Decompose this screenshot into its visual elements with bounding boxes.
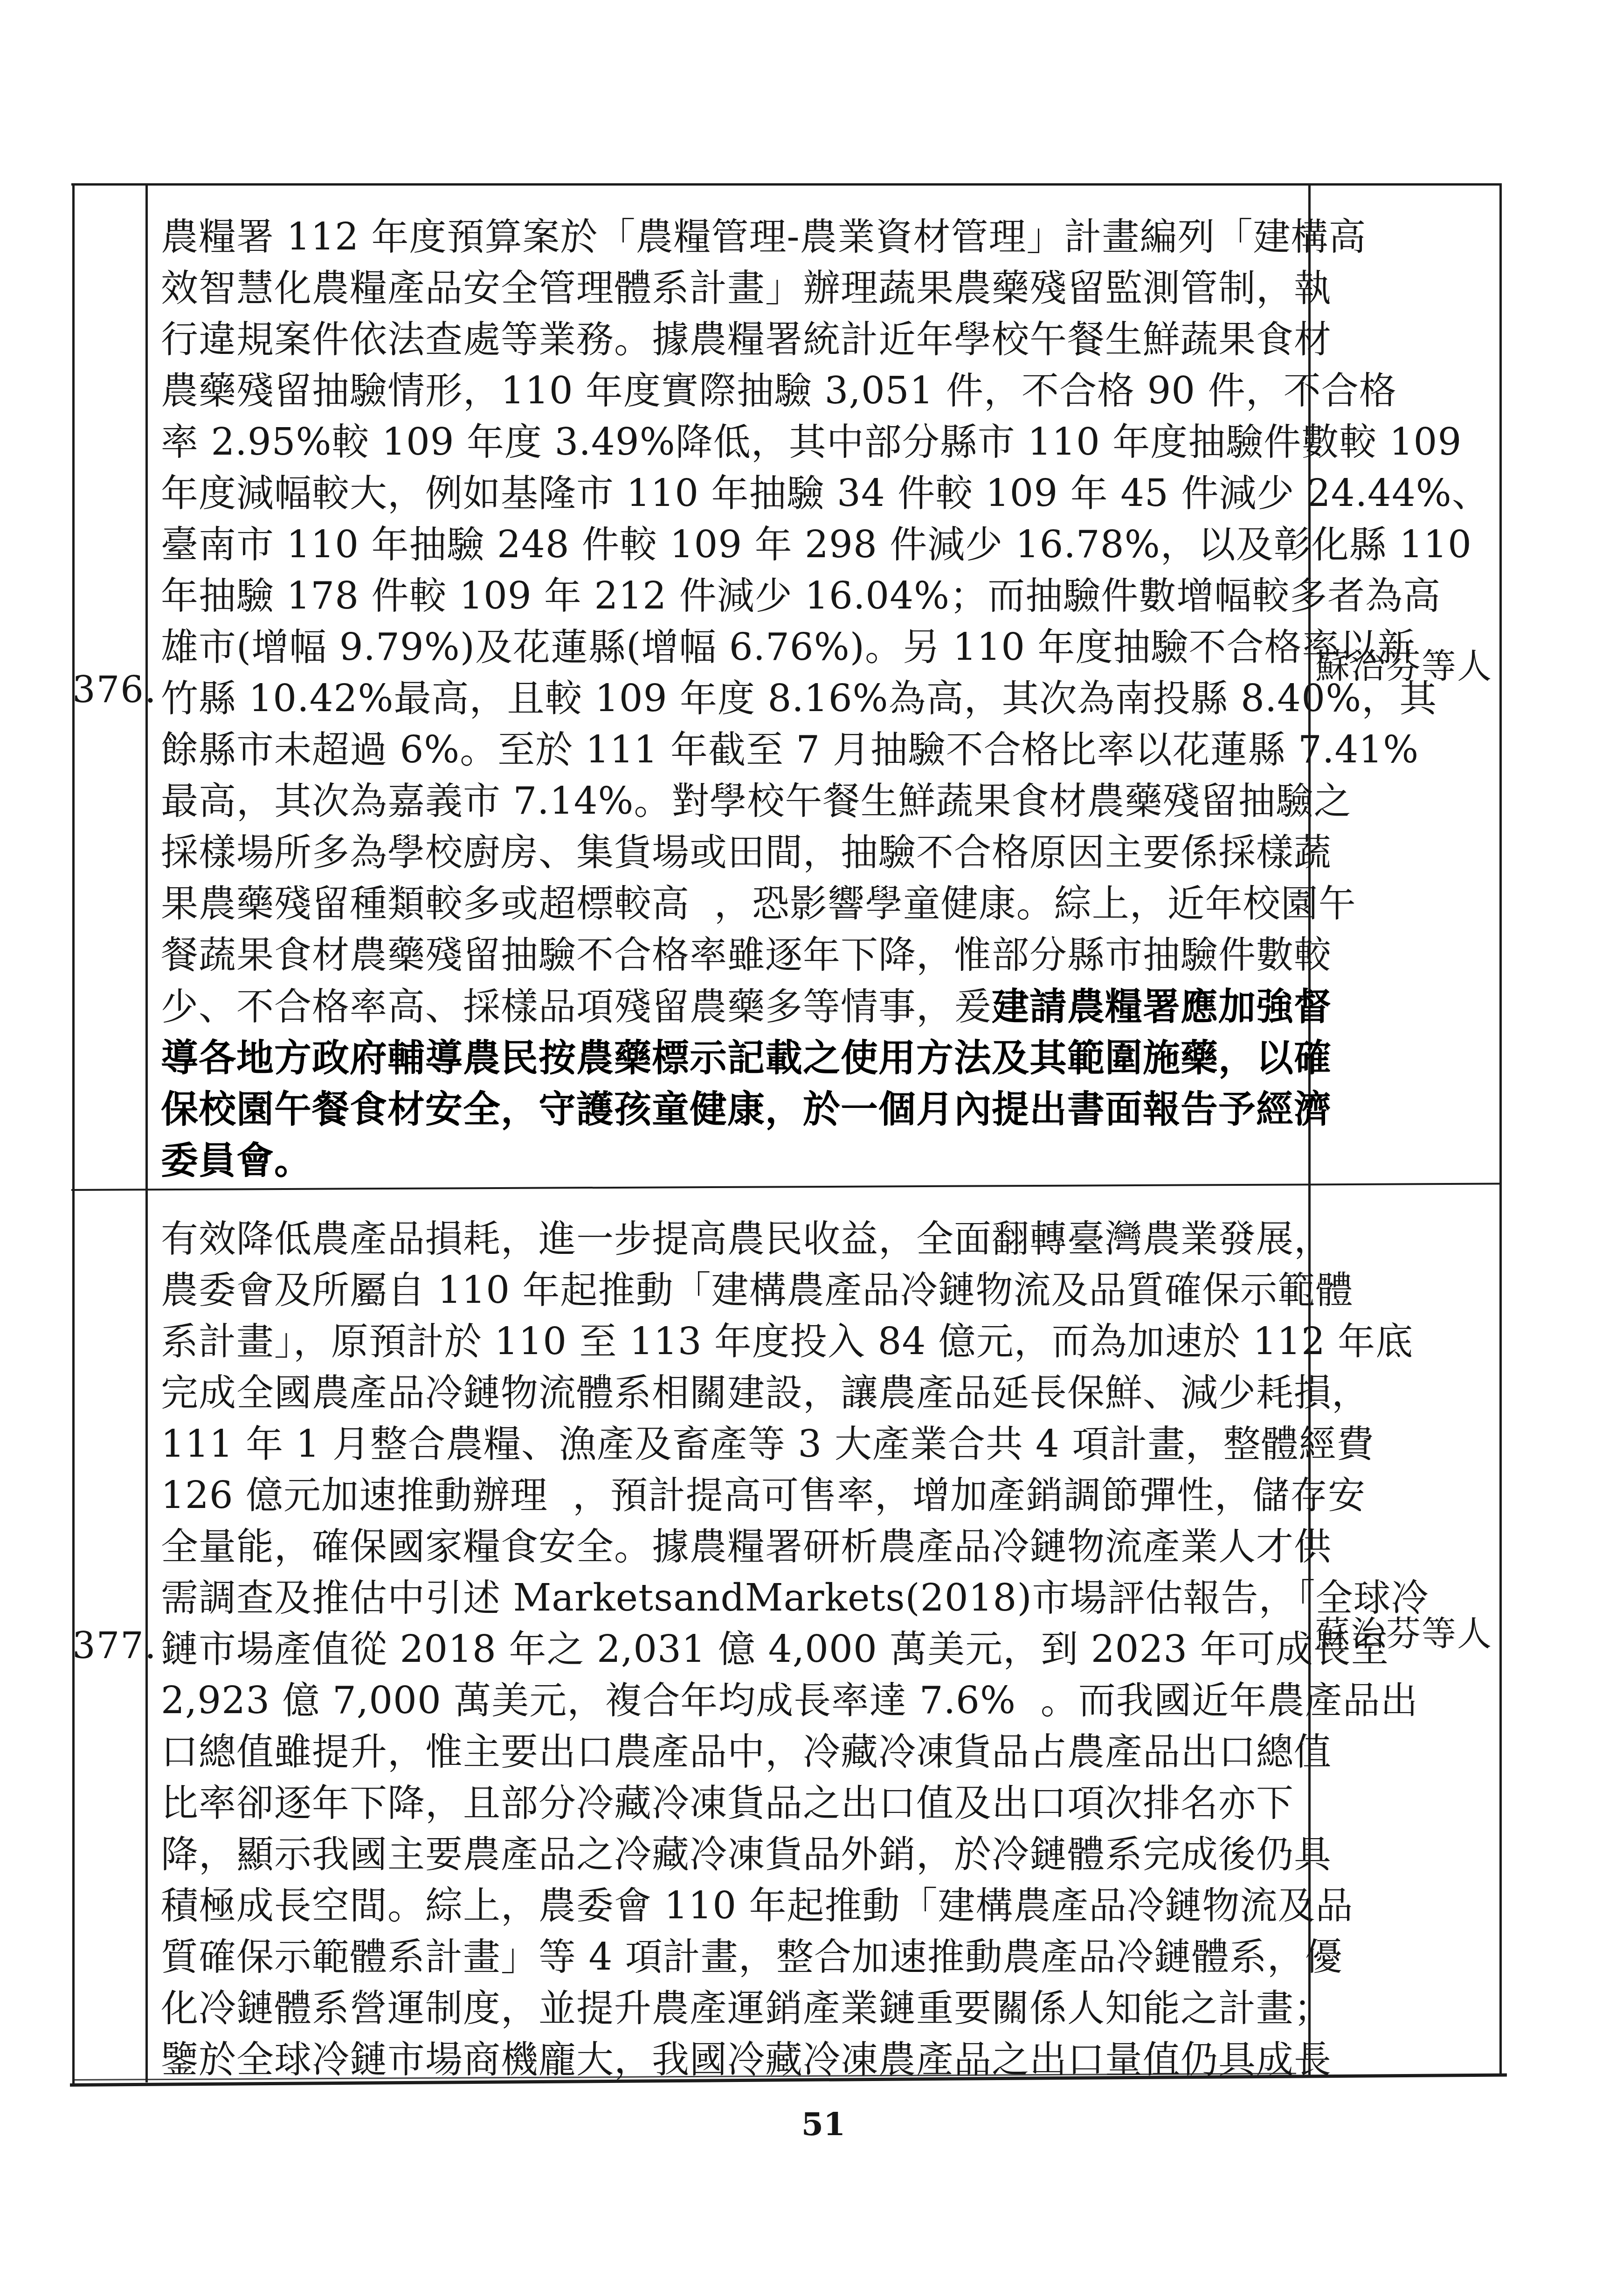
text-line: 化冷鏈體系營運制度，並提升農產運銷產業鏈重要關係人知能之計畫； xyxy=(161,1983,1312,2034)
text-segment: 農委會及所屬自 110 年起推動「建構農產品冷鏈物流及品質確保示範體 xyxy=(161,1268,1354,1312)
text-segment: 積極成長空間。綜上，農委會 110 年起推動「建構農產品冷鏈物流及品 xyxy=(161,1884,1354,1927)
text-segment: 餘縣市未超過 6%。至於 111 年截至 7 月抽驗不合格比率以花蓮縣 7.41… xyxy=(161,728,1419,771)
text-segment: 比率卻逐年下降，且部分冷藏冷凍貨品之出口值及出口項次排名亦下 xyxy=(161,1781,1294,1825)
table-border-right xyxy=(1499,183,1502,2075)
row-content: 農糧署 112 年度預算案於「農糧管理-農業資材管理」計畫編列「建構高效智慧化農… xyxy=(161,211,1312,1186)
text-segment: 年抽驗 178 件較 109 年 212 件減少 16.04%；而抽驗件數增幅較… xyxy=(161,574,1441,617)
row-number: 376. xyxy=(72,664,140,716)
text-line: 導各地方政府輔導農民按農藥標示記載之使用方法及其範圍施藥，以確 xyxy=(161,1032,1312,1083)
text-line: 率 2.95%較 109 年度 3.49%降低，其中部分縣市 110 年度抽驗件… xyxy=(161,416,1312,468)
text-segment: 農糧署 112 年度預算案於「農糧管理-農業資材管理」計畫編列「建構高 xyxy=(161,215,1367,258)
text-segment: 完成全國農產品冷鏈物流體系相關建設，讓農產品延長保鮮、減少耗損， xyxy=(161,1371,1369,1414)
row-number: 377. xyxy=(72,1620,140,1672)
text-segment: 2,923 億 7,000 萬美元，複合年均成長率達 7.6% 。而我國近年農產… xyxy=(161,1679,1418,1722)
text-segment: 果農藥殘留種類較多或超標較高 ，恐影響學童健康。綜上，近年校園午 xyxy=(161,882,1356,925)
column-divider-number xyxy=(145,183,148,2082)
page-number: 51 xyxy=(765,2106,882,2143)
text-segment: 鏈市場產值從 2018 年之 2,031 億 4,000 萬美元，到 2023 … xyxy=(161,1627,1389,1671)
text-line: 需調查及推估中引述 MarketsandMarkets(2018)市場評估報告，… xyxy=(161,1572,1312,1624)
text-segment: 導各地方政府輔導農民按農藥標示記載之使用方法及其範圍施藥，以確 xyxy=(161,1036,1332,1079)
text-line: 臺南市 110 年抽驗 248 件較 109 年 298 件減少 16.78%，… xyxy=(161,519,1312,570)
row-proposer: 蘇治芬等人 xyxy=(1310,1608,1498,1660)
text-line: 竹縣 10.42%最高，且較 109 年度 8.16%為高，其次為南投縣 8.4… xyxy=(161,673,1312,724)
text-segment: 有效降低農產品損耗，進一步提高農民收益，全面翻轉臺灣農業發展， xyxy=(161,1217,1332,1260)
text-segment: 126 億元加速推動辦理 ，預計提高可售率，增加產銷調節彈性，儲存安 xyxy=(161,1473,1366,1517)
text-line: 行違規案件依法查處等業務。據農糧署統計近年學校午餐生鮮蔬果食材 xyxy=(161,314,1312,365)
text-line: 果農藥殘留種類較多或超標較高 ，恐影響學童健康。綜上，近年校園午 xyxy=(161,878,1312,929)
text-segment: 少、不合格率高、採樣品項殘留農藥多等情事，爰 xyxy=(161,985,992,1028)
text-line: 年抽驗 178 件較 109 年 212 件減少 16.04%；而抽驗件數增幅較… xyxy=(161,570,1312,622)
row-content: 有效降低農產品損耗，進一步提高農民收益，全面翻轉臺灣農業發展，農委會及所屬自 1… xyxy=(161,1213,1312,2085)
text-line: 系計畫」，原預計於 110 至 113 年度投入 84 億元，而為加速於 112… xyxy=(161,1316,1312,1367)
scanned-page: { "page": { "number": "51" }, "table": {… xyxy=(0,0,1623,2296)
text-segment: 臺南市 110 年抽驗 248 件較 109 年 298 件減少 16.78%，… xyxy=(161,523,1472,566)
text-line: 有效降低農產品損耗，進一步提高農民收益，全面翻轉臺灣農業發展， xyxy=(161,1213,1312,1265)
text-line: 採樣場所多為學校廚房、集貨場或田間，抽驗不合格原因主要係採樣蔬 xyxy=(161,827,1312,878)
text-line: 最高，其次為嘉義市 7.14%。對學校午餐生鮮蔬果食材農藥殘留抽驗之 xyxy=(161,775,1312,827)
text-line: 少、不合格率高、採樣品項殘留農藥多等情事，爰建請農糧署應加強督 xyxy=(161,981,1312,1032)
text-segment: 鑒於全球冷鏈市場商機龐大，我國冷藏冷凍農產品之出口量值仍具成長 xyxy=(161,2038,1332,2081)
text-line: 111 年 1 月整合農糧、漁產及畜產等 3 大產業合共 4 項計畫，整體經費 xyxy=(161,1418,1312,1470)
text-segment: 質確保示範體系計畫」等 4 項計畫，整合加速推動農產品冷鏈體系，優 xyxy=(161,1935,1343,1978)
text-line: 年度減幅較大，例如基隆市 110 年抽驗 34 件較 109 年 45 件減少 … xyxy=(161,468,1312,519)
text-segment: 餐蔬果食材農藥殘留抽驗不合格率雖逐年下降，惟部分縣市抽驗件數較 xyxy=(161,933,1332,976)
text-line: 保校園午餐食材安全，守護孩童健康，於一個月內提出書面報告予經濟 xyxy=(161,1083,1312,1134)
text-segment: 全量能，確保國家糧食安全。據農糧署研析農產品冷鏈物流產業人才供 xyxy=(161,1525,1332,1568)
text-line: 農委會及所屬自 110 年起推動「建構農產品冷鏈物流及品質確保示範體 xyxy=(161,1265,1312,1316)
text-line: 積極成長空間。綜上，農委會 110 年起推動「建構農產品冷鏈物流及品 xyxy=(161,1880,1312,1931)
text-line: 質確保示範體系計畫」等 4 項計畫，整合加速推動農產品冷鏈體系，優 xyxy=(161,1931,1312,1983)
text-line: 完成全國農產品冷鏈物流體系相關建設，讓農產品延長保鮮、減少耗損， xyxy=(161,1367,1312,1418)
text-segment: 需調查及推估中引述 MarketsandMarkets(2018)市場評估報告，… xyxy=(161,1576,1429,1619)
text-line: 餐蔬果食材農藥殘留抽驗不合格率雖逐年下降，惟部分縣市抽驗件數較 xyxy=(161,929,1312,981)
text-segment: 最高，其次為嘉義市 7.14%。對學校午餐生鮮蔬果食材農藥殘留抽驗之 xyxy=(161,779,1352,823)
text-line: 降，顯示我國主要農產品之冷藏冷凍貨品外銷，於冷鏈體系完成後仍具 xyxy=(161,1829,1312,1880)
row-proposer: 蘇治芬等人 xyxy=(1310,641,1498,692)
text-segment: 率 2.95%較 109 年度 3.49%降低，其中部分縣市 110 年度抽驗件… xyxy=(161,420,1462,463)
text-line: 比率卻逐年下降，且部分冷藏冷凍貨品之出口值及出口項次排名亦下 xyxy=(161,1777,1312,1829)
text-segment: 系計畫」，原預計於 110 至 113 年度投入 84 億元，而為加速於 112… xyxy=(161,1320,1413,1363)
text-segment: 委員會。 xyxy=(161,1138,312,1182)
text-segment: 效智慧化農糧產品安全管理體系計畫」辦理蔬果農藥殘留監測管制，執 xyxy=(161,266,1332,310)
table-border-top xyxy=(71,183,1502,186)
text-segment: 化冷鏈體系營運制度，並提升農產運銷產業鏈重要關係人知能之計畫； xyxy=(161,1986,1332,2030)
text-segment: 行違規案件依法查處等業務。據農糧署統計近年學校午餐生鮮蔬果食材 xyxy=(161,318,1332,361)
text-segment: 雄市(增幅 9.79%)及花蓮縣(增幅 6.76%)。另 110 年度抽驗不合格… xyxy=(161,625,1416,669)
text-line: 效智慧化農糧產品安全管理體系計畫」辦理蔬果農藥殘留監測管制，執 xyxy=(161,263,1312,314)
text-line: 農藥殘留抽驗情形，110 年度實際抽驗 3,051 件，不合格 90 件，不合格 xyxy=(161,365,1312,416)
text-line: 126 億元加速推動辦理 ，預計提高可售率，增加產銷調節彈性，儲存安 xyxy=(161,1470,1312,1521)
text-line: 全量能，確保國家糧食安全。據農糧署研析農產品冷鏈物流產業人才供 xyxy=(161,1521,1312,1572)
text-segment: 採樣場所多為學校廚房、集貨場或田間，抽驗不合格原因主要係採樣蔬 xyxy=(161,830,1332,874)
text-line: 農糧署 112 年度預算案於「農糧管理-農業資材管理」計畫編列「建構高 xyxy=(161,211,1312,263)
text-segment: 農藥殘留抽驗情形，110 年度實際抽驗 3,051 件，不合格 90 件，不合格 xyxy=(161,369,1397,412)
text-segment: 降，顯示我國主要農產品之冷藏冷凍貨品外銷，於冷鏈體系完成後仍具 xyxy=(161,1833,1332,1876)
text-line: 委員會。 xyxy=(161,1134,1312,1186)
text-segment: 年度減幅較大，例如基隆市 110 年抽驗 34 件較 109 年 45 件減少 … xyxy=(161,471,1490,515)
table-border-left xyxy=(72,183,75,2084)
text-line: 鑒於全球冷鏈市場商機龐大，我國冷藏冷凍農產品之出口量值仍具成長 xyxy=(161,2034,1312,2085)
text-line: 鏈市場產值從 2018 年之 2,031 億 4,000 萬美元，到 2023 … xyxy=(161,1624,1312,1675)
text-segment: 保校園午餐食材安全，守護孩童健康，於一個月內提出書面報告予經濟 xyxy=(161,1087,1332,1131)
text-line: 餘縣市未超過 6%。至於 111 年截至 7 月抽驗不合格比率以花蓮縣 7.41… xyxy=(161,724,1312,775)
text-line: 口總值雖提升，惟主要出口農產品中，冷藏冷凍貨品占農產品出口總值 xyxy=(161,1726,1312,1777)
text-segment: 111 年 1 月整合農糧、漁產及畜產等 3 大產業合共 4 項計畫，整體經費 xyxy=(161,1422,1374,1466)
text-segment: 口總值雖提升，惟主要出口農產品中，冷藏冷凍貨品占農產品出口總值 xyxy=(161,1730,1332,1773)
text-line: 雄市(增幅 9.79%)及花蓮縣(增幅 6.76%)。另 110 年度抽驗不合格… xyxy=(161,622,1312,673)
text-segment: 建請農糧署應加強督 xyxy=(992,984,1332,1028)
text-line: 2,923 億 7,000 萬美元，複合年均成長率達 7.6% 。而我國近年農產… xyxy=(161,1675,1312,1726)
text-segment: 竹縣 10.42%最高，且較 109 年度 8.16%為高，其次為南投縣 8.4… xyxy=(161,677,1437,720)
